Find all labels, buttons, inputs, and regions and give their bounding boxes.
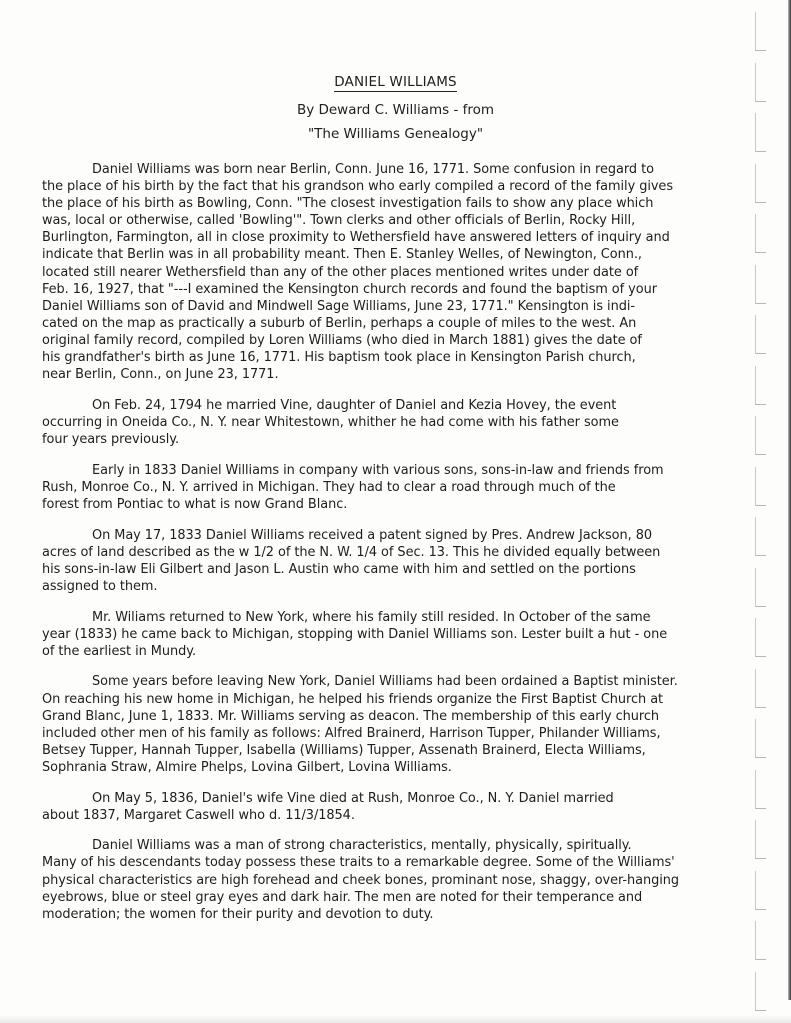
binder-tab-mark — [755, 921, 766, 960]
text-line: Early in 1833 Daniel Williams in company… — [42, 462, 732, 479]
text-line: original family record, compiled by Lore… — [42, 332, 732, 349]
binder-tab-mark — [755, 164, 766, 203]
paragraph: On May 5, 1836, Daniel's wife Vine died … — [42, 790, 732, 824]
paragraph: Early in 1833 Daniel Williams in company… — [42, 462, 732, 513]
binder-tab-mark — [755, 12, 766, 51]
binder-tab-mark — [755, 618, 766, 657]
text-line: was, local or otherwise, called 'Bowling… — [42, 212, 732, 229]
text-line: Daniel Williams son of David and Mindwel… — [42, 298, 732, 315]
binder-tab-mark — [755, 265, 766, 304]
binder-tab-mark — [755, 719, 766, 758]
text-line: forest from Pontiac to what is now Grand… — [42, 496, 732, 513]
text-line: his sons-in-law Eli Gilbert and Jason L.… — [42, 561, 732, 578]
text-line: moderation; the women for their purity a… — [42, 906, 732, 923]
text-line: about 1837, Margaret Caswell who d. 11/3… — [42, 807, 732, 824]
document-header: DANIEL WILLIAMS By Deward C. Williams - … — [0, 71, 791, 142]
binder-tab-mark — [755, 871, 766, 910]
binder-tab-mark — [755, 770, 766, 809]
text-line: eyebrows, blue or steel gray eyes and da… — [42, 889, 732, 906]
text-line: On Feb. 24, 1794 he married Vine, daught… — [42, 397, 732, 414]
binder-tab-mark — [755, 820, 766, 859]
binder-tab-mark — [755, 568, 766, 607]
text-line: Daniel Williams was a man of strong char… — [42, 837, 732, 854]
text-line: year (1833) he came back to Michigan, st… — [42, 626, 732, 643]
paragraph: Some years before leaving New York, Dani… — [42, 673, 732, 776]
text-line: occurring in Oneida Co., N. Y. near Whit… — [42, 414, 732, 431]
binder-tab-mark — [755, 315, 766, 354]
text-line: On reaching his new home in Michigan, he… — [42, 691, 732, 708]
binder-tab-marks — [755, 12, 775, 1012]
text-line: of the earliest in Mundy. — [42, 643, 732, 660]
text-line: his grandfather's birth as June 16, 1771… — [42, 349, 732, 366]
text-line: located still nearer Wethersfield than a… — [42, 264, 732, 281]
binder-tab-mark — [755, 669, 766, 708]
binder-tab-mark — [755, 214, 766, 253]
text-line: physical characteristics are high forehe… — [42, 872, 732, 889]
text-line: Burlington, Farmington, all in close pro… — [42, 229, 732, 246]
document-source: "The Williams Genealogy" — [0, 126, 791, 142]
text-line: Many of his descendants today possess th… — [42, 854, 732, 871]
binder-tab-mark — [755, 366, 766, 405]
binder-tab-mark — [755, 416, 766, 455]
text-line: Betsey Tupper, Hannah Tupper, Isabella (… — [42, 742, 732, 759]
paragraph: On Feb. 24, 1794 he married Vine, daught… — [42, 397, 732, 448]
text-line: acres of land described as the w 1/2 of … — [42, 544, 732, 561]
text-line: Some years before leaving New York, Dani… — [42, 673, 732, 690]
text-line: indicate that Berlin was in all probabil… — [42, 246, 732, 263]
binder-tab-mark — [755, 972, 766, 1011]
document-title: DANIEL WILLIAMS — [334, 74, 457, 92]
paragraph: On May 17, 1833 Daniel Williams received… — [42, 527, 732, 595]
text-line: near Berlin, Conn., on June 23, 1771. — [42, 366, 732, 383]
text-line: assigned to them. — [42, 578, 732, 595]
text-line: Sophrania Straw, Almire Phelps, Lovina G… — [42, 759, 732, 776]
binder-tab-mark — [755, 467, 766, 506]
text-line: Rush, Monroe Co., N. Y. arrived in Michi… — [42, 479, 732, 496]
paragraph: Mr. Wiliams returned to New York, where … — [42, 609, 732, 660]
text-line: included other men of his family as foll… — [42, 725, 732, 742]
binder-tab-mark — [755, 517, 766, 556]
page-bottom-edge — [0, 1015, 791, 1023]
document-body: Daniel Williams was born near Berlin, Co… — [42, 161, 732, 936]
text-line: four years previously. — [42, 431, 732, 448]
text-line: the place of his birth by the fact that … — [42, 178, 732, 195]
text-line: Grand Blanc, June 1, 1833. Mr. Williams … — [42, 708, 732, 725]
text-line: On May 5, 1836, Daniel's wife Vine died … — [42, 790, 732, 807]
text-line: cated on the map as practically a suburb… — [42, 315, 732, 332]
text-line: Daniel Williams was born near Berlin, Co… — [42, 161, 732, 178]
text-line: Feb. 16, 1927, that "---I examined the K… — [42, 281, 732, 298]
document-byline: By Deward C. Williams - from — [0, 102, 791, 118]
text-line: Mr. Wiliams returned to New York, where … — [42, 609, 732, 626]
text-line: the place of his birth as Bowling, Conn.… — [42, 195, 732, 212]
paragraph: Daniel Williams was born near Berlin, Co… — [42, 161, 732, 383]
paragraph: Daniel Williams was a man of strong char… — [42, 837, 732, 922]
text-line: On May 17, 1833 Daniel Williams received… — [42, 527, 732, 544]
